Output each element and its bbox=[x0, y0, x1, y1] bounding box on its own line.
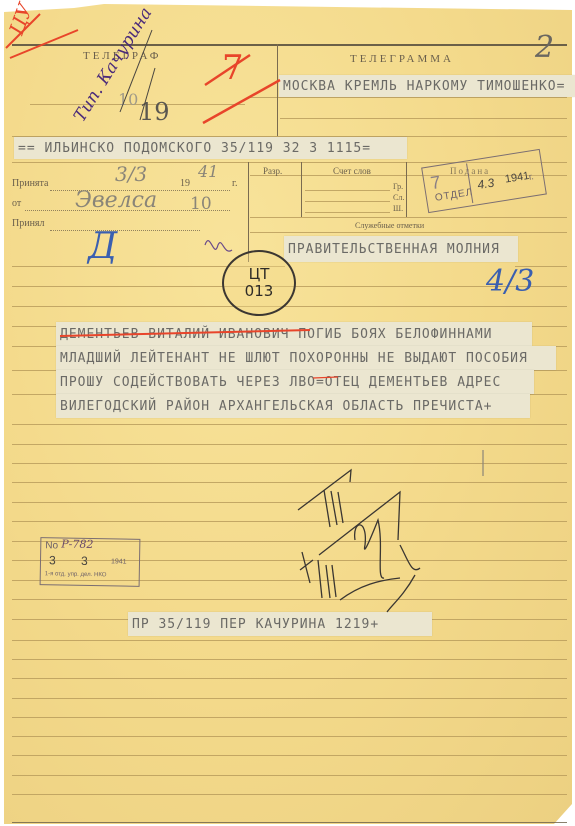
accepted-underline bbox=[50, 230, 200, 231]
pencil-number-faint: 10 bbox=[118, 90, 138, 109]
ruled-line bbox=[12, 424, 567, 425]
table-divider bbox=[301, 162, 302, 217]
addressee-tape: МОСКВА КРЕМЛЬ НАРКОМУ ТИМОШЕНКО= bbox=[279, 75, 575, 97]
table-col-category: Разр. bbox=[263, 166, 282, 176]
ruled-line bbox=[12, 640, 567, 641]
table-divider bbox=[406, 162, 407, 217]
table-row-gr: Гр. bbox=[393, 182, 403, 191]
ruled-line bbox=[12, 755, 567, 756]
registry-footer: 1-я отд. упр. дел. НКО bbox=[45, 571, 107, 578]
ruled-line bbox=[12, 775, 567, 776]
table-row-sl: Сл. bbox=[393, 193, 404, 202]
ruled-line bbox=[280, 118, 567, 119]
ruled-line bbox=[12, 482, 567, 483]
message-line: ДЕМЕНТЬЕВ ВИТАЛИЙ ИВАНОВИЧ ПОГИБ БОЯХ БЕ… bbox=[56, 322, 532, 346]
ruled-line bbox=[12, 444, 567, 445]
ruled-line bbox=[12, 306, 567, 307]
message-line: ВИЛЕГОДСКИЙ РАЙОН АРХАНГЕЛЬСКАЯ ОБЛАСТЬ … bbox=[56, 394, 530, 418]
dept-stamp-suffix: г. bbox=[528, 171, 534, 182]
table-line bbox=[305, 201, 390, 202]
ruled-line bbox=[12, 659, 567, 660]
ruled-line bbox=[250, 232, 567, 233]
service-marks-label: Служебные отметки bbox=[355, 221, 424, 230]
accepted-label: Принял bbox=[12, 218, 45, 229]
table-line bbox=[305, 190, 390, 191]
ruled-line bbox=[12, 717, 567, 718]
ruled-line bbox=[250, 97, 567, 98]
registry-date-day: 3 bbox=[49, 553, 56, 567]
dept-stamp-year: 1941 bbox=[504, 170, 530, 186]
registry-date-month: 3 bbox=[81, 554, 88, 568]
dept-stamp-date: 4.3 bbox=[476, 176, 495, 192]
registry-stamp: No Р-782 3 3 1941 1-я отд. упр. дел. НКО bbox=[40, 537, 141, 587]
from-value: Эвелса bbox=[75, 188, 157, 213]
origin-tape: == ИЛЬИНСКО ПОДОМСКОГО 35/119 32 3 1115= bbox=[14, 137, 407, 159]
table-row-sh: Ш. bbox=[393, 204, 403, 213]
message-line: МЛАДШИЙ ЛЕЙТЕНАНТ НЕ ШЛЮТ ПОХОРОННЫ НЕ В… bbox=[56, 346, 556, 370]
received-value: 3/3 bbox=[115, 162, 147, 186]
red-number: 7 bbox=[222, 48, 244, 88]
table-left-border bbox=[248, 162, 249, 262]
registry-year: 1941 bbox=[111, 558, 127, 565]
corner-number: 2 bbox=[535, 30, 554, 65]
year-suffix: г. bbox=[232, 178, 237, 189]
ruled-line bbox=[12, 502, 567, 503]
ruled-line bbox=[12, 822, 567, 823]
ruled-line bbox=[12, 678, 567, 679]
table-col-word-count: Счет слов bbox=[333, 166, 371, 176]
received-label: Принята bbox=[12, 178, 48, 189]
ruled-line bbox=[12, 698, 567, 699]
form-header-telegram: ТЕЛЕГРАММА bbox=[350, 53, 454, 65]
circle-stamp-line1: ЦТ bbox=[249, 266, 270, 283]
year-prefix: 19 bbox=[180, 178, 190, 189]
message-line: ПРОШУ СОДЕЙСТВОВАТЬ ЧЕРЕЗ ЛВО=ОТЕЦ ДЕМЕН… bbox=[56, 370, 534, 394]
registry-no-label: No bbox=[45, 540, 58, 551]
ruled-line bbox=[250, 217, 567, 218]
table-line bbox=[305, 212, 390, 213]
circle-stamp-line2: 013 bbox=[245, 283, 274, 300]
header-rule bbox=[12, 44, 567, 46]
circle-stamp: ЦТ 013 bbox=[222, 250, 296, 316]
ruled-line bbox=[12, 599, 567, 600]
year-value: 41 bbox=[198, 162, 218, 181]
ruled-line bbox=[12, 521, 567, 522]
priority-tape: ПРАВИТЕЛЬСТВЕННАЯ МОЛНИЯ bbox=[284, 236, 518, 262]
blue-letter: Д bbox=[88, 226, 117, 267]
registry-no-value: Р-782 bbox=[61, 537, 93, 551]
from-number: 10 bbox=[190, 194, 212, 214]
blue-date: 4/3 bbox=[486, 264, 534, 299]
transfer-tape: ПР 35/119 ПЕР КАЧУРИНА 1219+ bbox=[128, 612, 432, 636]
from-label: от bbox=[12, 198, 21, 209]
header-divider bbox=[277, 44, 278, 136]
ruled-line bbox=[12, 736, 567, 737]
ruled-line bbox=[12, 794, 567, 795]
ruled-line bbox=[12, 463, 567, 464]
pencil-number: 19 bbox=[139, 98, 170, 126]
